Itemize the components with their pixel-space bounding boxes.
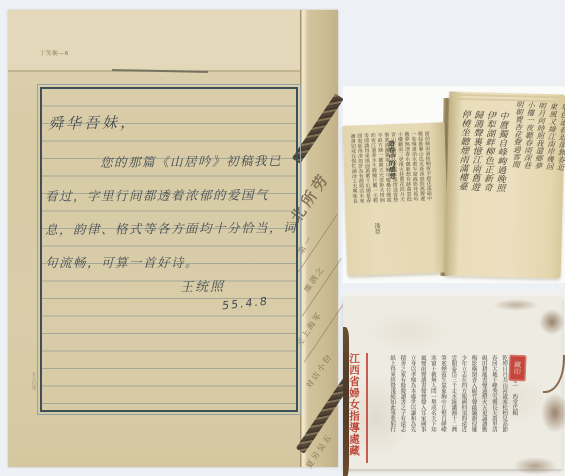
collection-stamp-text: 江西省婦女指導處藏	[347, 353, 362, 465]
burn-stain	[539, 309, 565, 335]
print-column: 寒窗十載無人問一舉成名天下知	[428, 355, 438, 473]
print-column: 雲開泰岱三千丈水繞瀟湘十二灣	[448, 355, 458, 473]
letter-body-line: 句流畅，可算一首好诗。	[45, 253, 199, 271]
print-column: 筆底煙霞生氣象胸中丘壑自崢嶸	[438, 355, 448, 473]
burn-stain	[513, 457, 557, 475]
print-column: 梅影橫窗香入硯竹聲敲牖韻侵簾	[468, 355, 478, 473]
letter-body-line: 息，韵律、格式等各方面均十分恰当，词	[45, 218, 297, 238]
woodblock-print-photo: 江西省婦女指導處藏 草堂詩稿卷一 西堂氏輯乾坤日月共山河歲寒松柏見高節春回大地千…	[343, 292, 565, 476]
print-column: 少年立志在四方報國何須問遠近	[458, 355, 468, 473]
book-left-page: 窗前細雨滴梧桐夜半燈花落硯中曉起推簾山色近春深庭院燕聲遲一卷殘書消永晝半窗疏影伴…	[342, 122, 449, 275]
burn-stain	[493, 299, 539, 311]
red-seal: 藏印	[509, 355, 527, 382]
print-column: 積善之家有餘慶讀書之子有遠志	[397, 355, 407, 473]
letter-signature: 王统照	[180, 276, 225, 296]
print-column: 乾坤日月共山河歲寒松柏見高節	[499, 355, 509, 473]
burn-stain	[541, 393, 565, 433]
print-column: 硯田耕罷書聲遠燈火五更誦讀勤	[479, 355, 489, 473]
letter-body-line: 看过，字里行间都透着浓郁的爱国气	[45, 185, 269, 205]
book-right-page: 中麿獨自峰峋過晚照伊犁湖畔柳色正新奇歸鴻聲裏憶江南舊遊停橈坐聽煙雨滿樓臺 草色遙…	[445, 92, 565, 279]
catalog-label: 丁笑娴—6	[40, 48, 70, 56]
manuscript-heading: 遊春中的感想	[387, 140, 397, 179]
calligraphy-block-b: 草色遙看近卻無春近東風又綠江南岸幾回明月何時照我還鄉夢小樓一夜聽春雨深巷明朝賣杏…	[504, 100, 565, 271]
print-column: 紙上得來終覺淺絕知此事要躬行	[387, 355, 397, 473]
manuscript-book-photo: 窗前細雨滴梧桐夜半燈花落硯中曉起推簾山色近春深庭院燕聲遲一卷殘書消永晝半窗疏影伴…	[343, 86, 565, 283]
print-text-columns: 草堂詩稿卷一 西堂氏輯乾坤日月共山河歲寒松柏見高節春回大地千峰秀雪霽長天萬里清硯…	[387, 355, 519, 473]
letter-greeting: 舜华吾妹，	[48, 111, 138, 134]
print-column: 立身以孝悌為本處世以謙和為先	[407, 355, 417, 473]
manuscript-signature: 淺草	[372, 223, 381, 235]
letter-ruled-frame	[40, 87, 298, 412]
stationery-mark: 廿五行笺	[30, 372, 36, 390]
letter-body-line: 您的那篇《山居吟》初稿我已	[100, 151, 282, 171]
letter-scan-photo: 丁笑娴—6 北所劳 第一 维酒之 完上海军 对店小份 夏另吴五 舜华吾妹， 您的…	[8, 10, 338, 467]
print-page-paper: 江西省婦女指導處藏 草堂詩稿卷一 西堂氏輯乾坤日月共山河歲寒松柏見高節春回大地千…	[343, 297, 562, 469]
print-column: 春回大地千峰秀雪霽長天萬里清	[489, 355, 499, 473]
collection-stamp-rule	[366, 353, 368, 463]
seal-text: 藏印	[509, 355, 527, 382]
burnt-edge-curl	[543, 355, 565, 393]
print-column: 風聲雨聲讀書聲聲聲入耳家國事	[418, 355, 428, 473]
calligraphy-block-a: 中麿獨自峰峋過晚照伊犁湖畔柳色正新奇歸鴻聲裏憶江南舊遊停橈坐聽煙雨滿樓臺	[451, 109, 508, 269]
document-collage: 丁笑娴—6 北所劳 第一 维酒之 完上海军 对店小份 夏另吴五 舜华吾妹， 您的…	[0, 0, 565, 476]
